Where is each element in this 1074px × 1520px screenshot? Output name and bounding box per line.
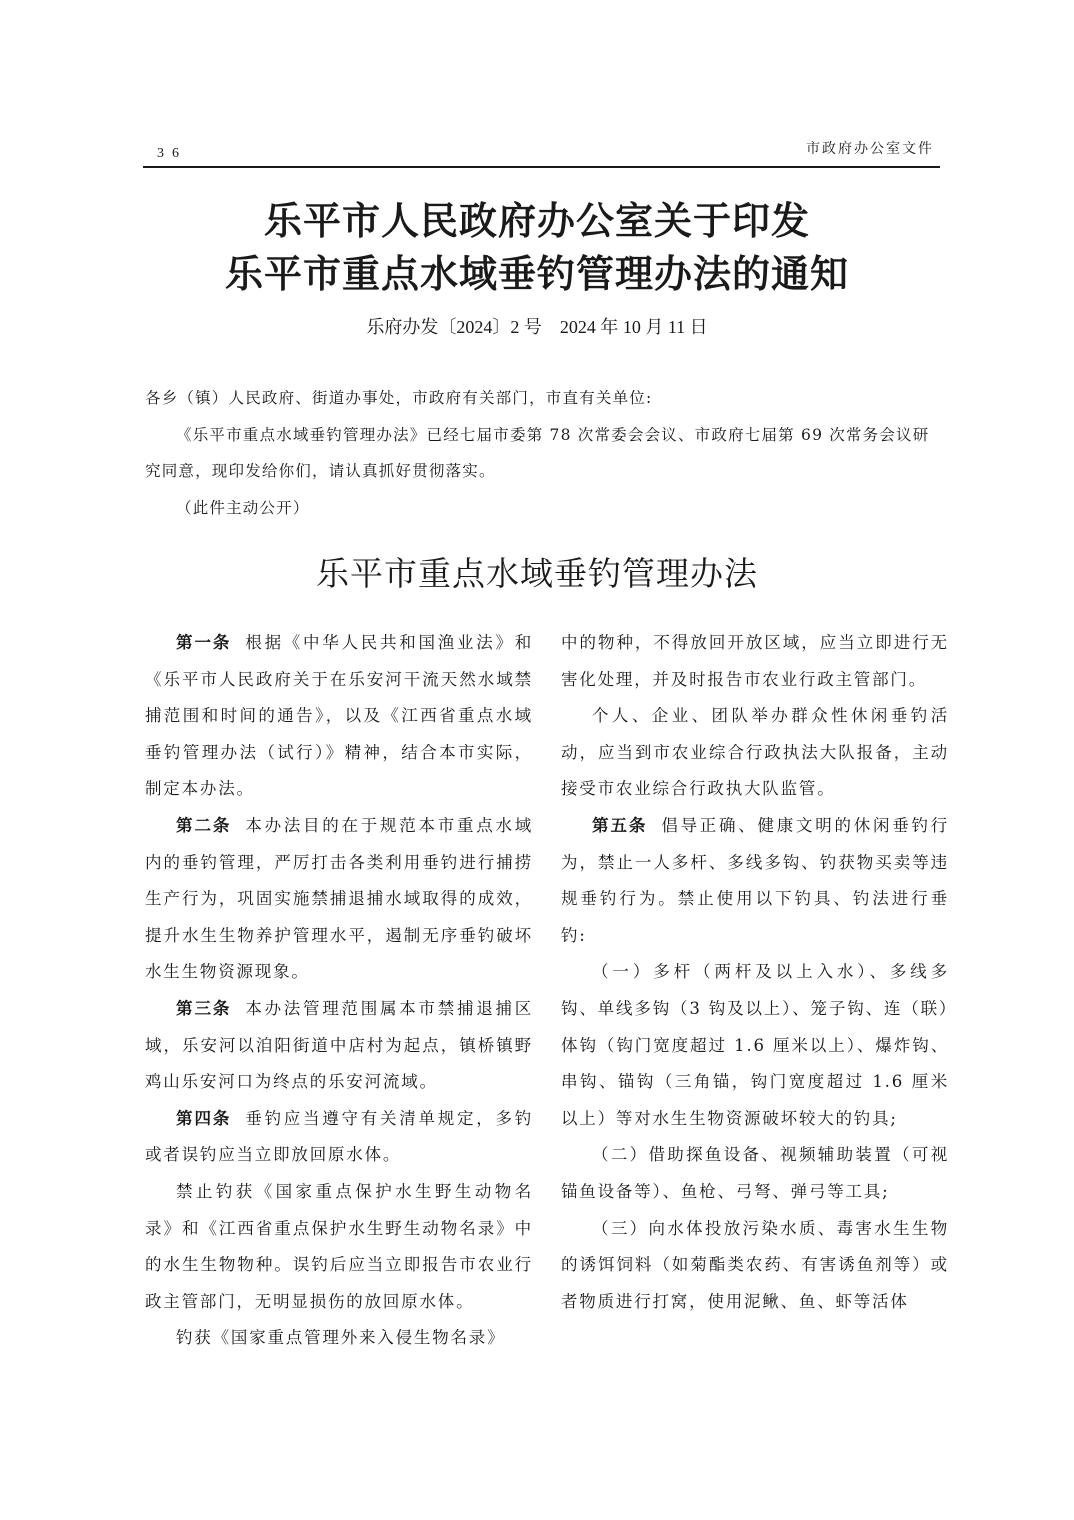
article-5-item-1: （一）多杆（两杆及以上入水）、多线多钩、单线多钩（3 钩及以上）、笼子钩、连（联… [561, 954, 949, 1137]
left-column: 第一条根据《中华人民共和国渔业法》和《乐平市人民政府关于在乐安河干流天然水域禁捕… [145, 625, 533, 1357]
article-4: 第四条垂钓应当遵守有关清单规定，多钓或者误钓应当立即放回原水体。 [145, 1101, 533, 1174]
article-1: 第一条根据《中华人民共和国渔业法》和《乐平市人民政府关于在乐安河干流天然水域禁捕… [145, 625, 533, 808]
article-2: 第二条本办法目的在于规范本市重点水域内的垂钓管理，严厉打击各类利用垂钓进行捕捞生… [145, 808, 533, 991]
article-4-paragraph-3-cont: 中的物种，不得放回开放区域，应当立即进行无害化处理，并及时报告市农业行政主管部门… [561, 625, 949, 698]
article-label: 第三条 [176, 999, 231, 1018]
article-4-paragraph-4: 个人、企业、团队举办群众性休闲垂钓活动，应当到市农业综合行政执法大队报备，主动接… [561, 698, 949, 808]
recipients: 各乡（镇）人民政府、街道办事处，市政府有关部门，市直有关单位: [145, 380, 945, 417]
article-label: 第一条 [176, 633, 231, 652]
article-5: 第五条倡导正确、健康文明的休闲垂钓行为，禁止一人多杆、多线多钩、钓获物买卖等违规… [561, 808, 949, 954]
article-text: 倡导正确、健康文明的休闲垂钓行为，禁止一人多杆、多线多钩、钓获物买卖等违规垂钓行… [561, 816, 949, 945]
article-4-paragraph-2: 禁止钓获《国家重点保护水生野生动物名录》和《江西省重点保护水生野生动物名录》中的… [145, 1174, 533, 1320]
article-label: 第五条 [592, 816, 647, 835]
article-text: 根据《中华人民共和国渔业法》和《乐平市人民政府关于在乐安河干流天然水域禁捕范围和… [145, 633, 533, 798]
notice-title-line-1: 乐平市人民政府办公室关于印发 [0, 190, 1074, 245]
article-4-paragraph-3: 钓获《国家重点管理外来入侵生物名录》 [145, 1320, 533, 1357]
header-doc-label: 市政府办公室文件 [806, 138, 934, 158]
article-5-item-3: （三）向水体投放污染水质、毒害水生生物的诱饵饲料（如菊酯类农药、有害诱鱼剂等）或… [561, 1211, 949, 1321]
document-number-date: 乐府办发〔2024〕2 号 2024 年 10 月 11 日 [0, 313, 1074, 339]
notice-paragraph: 《乐平市重点水域垂钓管理办法》已经七届市委第 78 次常委会会议、市政府七届第 … [145, 417, 945, 490]
article-3: 第三条本办法管理范围属本市禁捕退捕区域，乐安河以洎阳街道中店村为起点，镇桥镇野鸡… [145, 991, 533, 1101]
notice-body: 各乡（镇）人民政府、街道办事处，市政府有关部门，市直有关单位: 《乐平市重点水域… [145, 380, 945, 526]
notice-title-line-2: 乐平市重点水域垂钓管理办法的通知 [0, 243, 1074, 298]
disclosure-note: （此件主动公开） [145, 490, 945, 527]
article-label: 第四条 [176, 1109, 231, 1128]
page-number: 36 [157, 146, 187, 162]
article-label: 第二条 [176, 816, 231, 835]
right-column: 中的物种，不得放回开放区域，应当立即进行无害化处理，并及时报告市农业行政主管部门… [561, 625, 949, 1320]
article-text: 本办法目的在于规范本市重点水域内的垂钓管理，严厉打击各类利用垂钓进行捕捞生产行为… [145, 816, 533, 981]
regulation-title: 乐平市重点水域垂钓管理办法 [0, 548, 1074, 595]
page-header: 36 市政府办公室文件 [143, 138, 940, 168]
article-5-item-2: （二）借助探鱼设备、视频辅助装置（可视锚鱼设备等）、鱼枪、弓弩、弹弓等工具; [561, 1137, 949, 1210]
